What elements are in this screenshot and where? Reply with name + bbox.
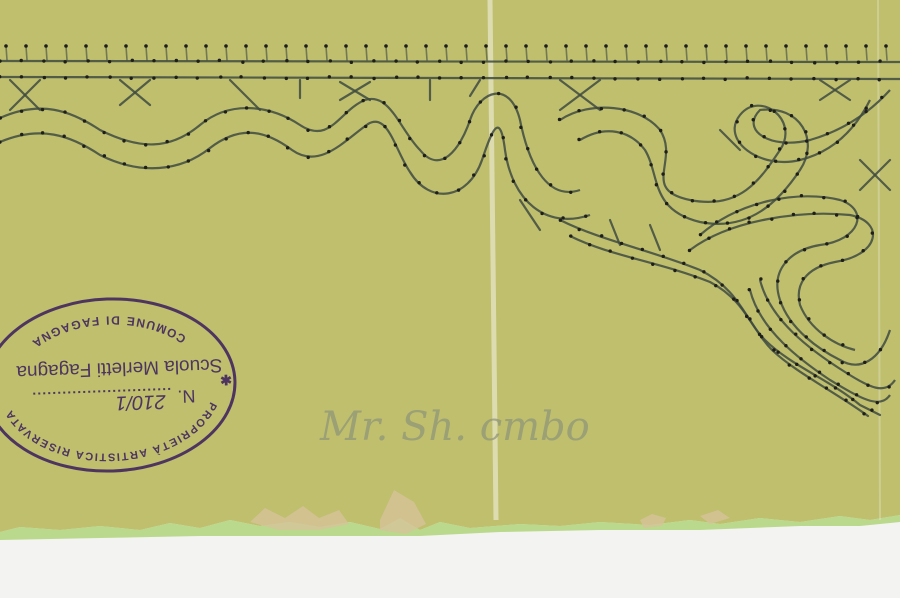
pencil-handwriting: Mr. Sh. cmbo [319, 404, 590, 450]
stamp-star-icon: ✱ [220, 372, 233, 388]
lace-pricking-photo: PROPRIETÀ ARTISTICA RISERVATA COMUNE DI … [0, 0, 900, 598]
stamp-number-value: 210/1 [115, 390, 167, 414]
stamp-number-label: N. [177, 386, 196, 407]
